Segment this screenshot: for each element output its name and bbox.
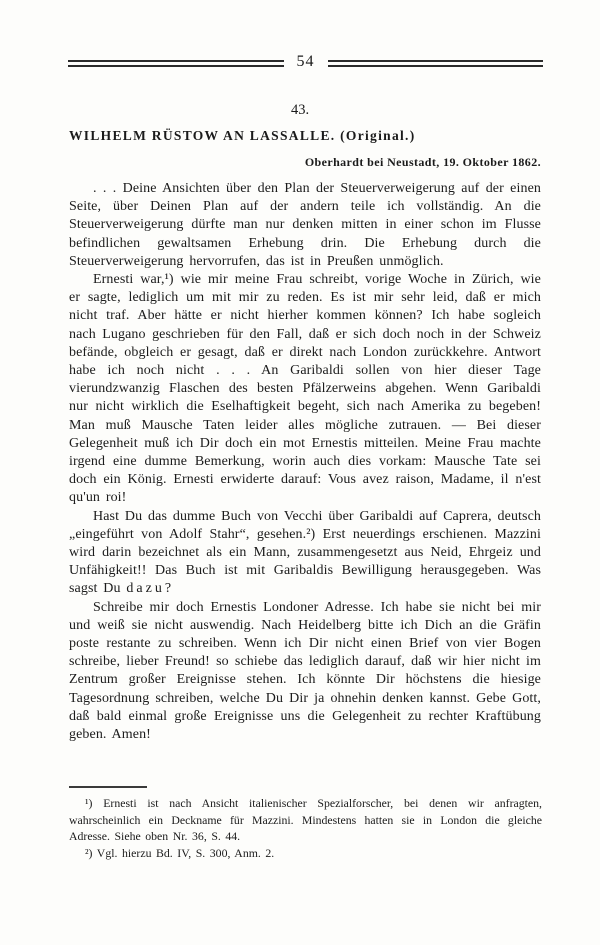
paragraph: Schreibe mir doch Ernestis Londoner Adre…: [69, 599, 541, 745]
dateline: Oberhardt bei Neustadt, 19. Oktober 1862…: [305, 155, 541, 170]
footnote: ²) Vgl. hierzu Bd. IV, S. 300, Anm. 2.: [69, 845, 542, 862]
footnote-block: ¹) Ernesti ist nach Ansicht italienische…: [69, 786, 542, 861]
paragraph-text: Schreibe mir doch Ernestis Londoner Adre…: [69, 600, 541, 742]
paragraph: Ernesti war,¹) wie mir meine Frau schrei…: [69, 271, 541, 508]
paragraph-text: Ernesti war,¹) wie mir meine Frau schrei…: [69, 272, 541, 505]
paragraph-text: . . . Deine Ansichten über den Plan der …: [69, 181, 541, 269]
footnote-separator: [69, 786, 147, 788]
letter-number: 43.: [0, 102, 600, 119]
paragraph-text: ?: [165, 581, 171, 596]
footnotes: ¹) Ernesti ist nach Ansicht italienische…: [69, 795, 542, 861]
book-page: 54 43. WILHELM RÜSTOW AN LASSALLE. (Orig…: [0, 0, 600, 945]
paragraph: . . . Deine Ansichten über den Plan der …: [69, 180, 541, 271]
letter-body: . . . Deine Ansichten über den Plan der …: [69, 180, 541, 744]
header-rule-right: [328, 60, 544, 67]
paragraph: Hast Du das dumme Buch von Vecchi über G…: [69, 508, 541, 599]
emphasized-text: dazu: [126, 581, 164, 596]
header-rule-left: [68, 60, 284, 67]
page-number: 54: [297, 54, 315, 70]
footnote: ¹) Ernesti ist nach Ansicht italienische…: [69, 795, 542, 845]
letter-title: WILHELM RÜSTOW AN LASSALLE. (Original.): [69, 128, 416, 144]
running-head: 54: [68, 54, 543, 70]
